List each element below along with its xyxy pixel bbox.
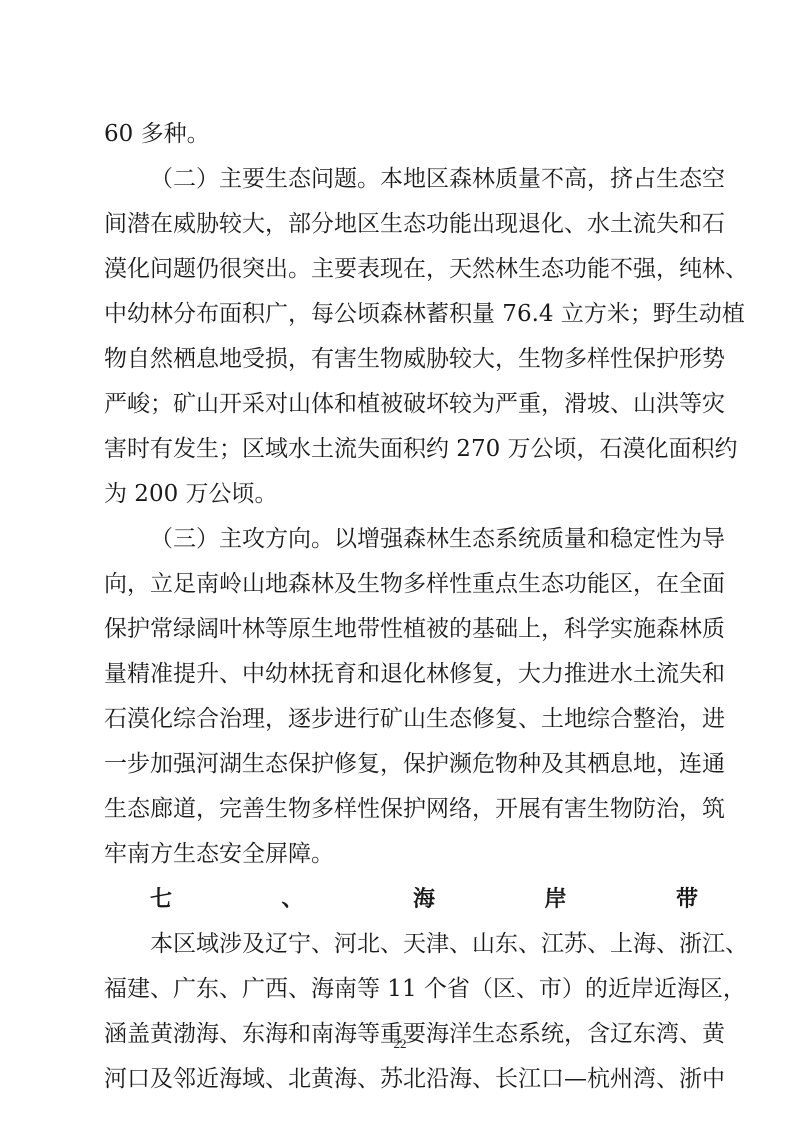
paragraph-line: 量精准提升、中幼林抚育和退化林修复，大力推进水土流失和 <box>104 652 698 697</box>
document-page: 60 多种。 （二）主要生态问题。本地区森林质量不高，挤占生态空 间潜在威胁较大… <box>0 0 800 1131</box>
paragraph-line: 本区域涉及辽宁、河北、天津、山东、江苏、上海、浙江、 <box>104 922 698 967</box>
line-text: 害时有发生；区域水土流失面积约 270 万公顷，石漠化面积约 <box>104 427 698 472</box>
line-text: 中幼林分布面积广，每公顷森林蓄积量 76.4 立方米；野生动植 <box>104 292 698 337</box>
paragraph-line: 物自然栖息地受损，有害生物威胁较大，生物多样性保护形势 <box>104 337 698 382</box>
section-heading-ecological-problems: （二）主要生态问题。本地区森林质量不高，挤占生态空 <box>104 157 698 202</box>
line-text: 为 200 万公顷。 <box>104 472 698 517</box>
document-body: 60 多种。 （二）主要生态问题。本地区森林质量不高，挤占生态空 间潜在威胁较大… <box>104 112 698 1102</box>
line-text: 物自然栖息地受损，有害生物威胁较大，生物多样性保护形势 <box>104 337 698 382</box>
heading-text: 七、海岸带 <box>150 877 698 922</box>
line-text: 60 多种。 <box>104 112 698 157</box>
line-text: 生态廊道，完善生物多样性保护网络，开展有害生物防治，筑 <box>104 787 698 832</box>
line-text: （二）主要生态问题。本地区森林质量不高，挤占生态空 <box>150 157 698 202</box>
line-text: 保护常绿阔叶林等原生地带性植被的基础上，科学实施森林质 <box>104 607 698 652</box>
line-text: 河口及邻近海域、北黄海、苏北沿海、长江口—杭州湾、浙中 <box>104 1057 698 1102</box>
section-heading-main-direction: （三）主攻方向。以增强森林生态系统质量和稳定性为导 <box>104 517 698 562</box>
paragraph-line: 严峻；矿山开采对山体和植被破坏较为严重，滑坡、山洪等灾 <box>104 382 698 427</box>
paragraph-line: 中幼林分布面积广，每公顷森林蓄积量 76.4 立方米；野生动植 <box>104 292 698 337</box>
line-text: 本区域涉及辽宁、河北、天津、山东、江苏、上海、浙江、 <box>150 922 698 967</box>
line-text: 牢南方生态安全屏障。 <box>104 832 698 877</box>
line-text: 一步加强河湖生态保护修复，保护濒危物种及其栖息地，连通 <box>104 742 698 787</box>
paragraph-line: 一步加强河湖生态保护修复，保护濒危物种及其栖息地，连通 <box>104 742 698 787</box>
paragraph-line: 向，立足南岭山地森林及生物多样性重点生态功能区，在全面 <box>104 562 698 607</box>
line-text: 间潜在威胁较大，部分地区生态功能出现退化、水土流失和石 <box>104 202 698 247</box>
paragraph-line: 石漠化综合治理，逐步进行矿山生态修复、土地综合整治，进 <box>104 697 698 742</box>
paragraph-line: 间潜在威胁较大，部分地区生态功能出现退化、水土流失和石 <box>104 202 698 247</box>
paragraph-line: 害时有发生；区域水土流失面积约 270 万公顷，石漠化面积约 <box>104 427 698 472</box>
paragraph-line: 河口及邻近海域、北黄海、苏北沿海、长江口—杭州湾、浙中 <box>104 1057 698 1102</box>
line-text: 漠化问题仍很突出。主要表现在，天然林生态功能不强，纯林、 <box>104 247 698 292</box>
chapter-heading-coastal-zone: 七、海岸带 <box>104 877 698 922</box>
paragraph-line: 福建、广东、广西、海南等 11 个省（区、市）的近岸近海区， <box>104 967 698 1012</box>
paragraph-line: 为 200 万公顷。 <box>104 472 698 517</box>
line-text: 向，立足南岭山地森林及生物多样性重点生态功能区，在全面 <box>104 562 698 607</box>
line-text: 严峻；矿山开采对山体和植被破坏较为严重，滑坡、山洪等灾 <box>104 382 698 427</box>
line-text: 量精准提升、中幼林抚育和退化林修复，大力推进水土流失和 <box>104 652 698 697</box>
line-text: 石漠化综合治理，逐步进行矿山生态修复、土地综合整治，进 <box>104 697 698 742</box>
line-text: （三）主攻方向。以增强森林生态系统质量和稳定性为导 <box>150 517 698 562</box>
paragraph-line: 60 多种。 <box>104 112 698 157</box>
line-text: 福建、广东、广西、海南等 11 个省（区、市）的近岸近海区， <box>104 967 698 1012</box>
paragraph-line: 牢南方生态安全屏障。 <box>104 832 698 877</box>
page-number: 22 <box>0 1036 800 1052</box>
paragraph-line: 生态廊道，完善生物多样性保护网络，开展有害生物防治，筑 <box>104 787 698 832</box>
paragraph-line: 漠化问题仍很突出。主要表现在，天然林生态功能不强，纯林、 <box>104 247 698 292</box>
paragraph-line: 保护常绿阔叶林等原生地带性植被的基础上，科学实施森林质 <box>104 607 698 652</box>
